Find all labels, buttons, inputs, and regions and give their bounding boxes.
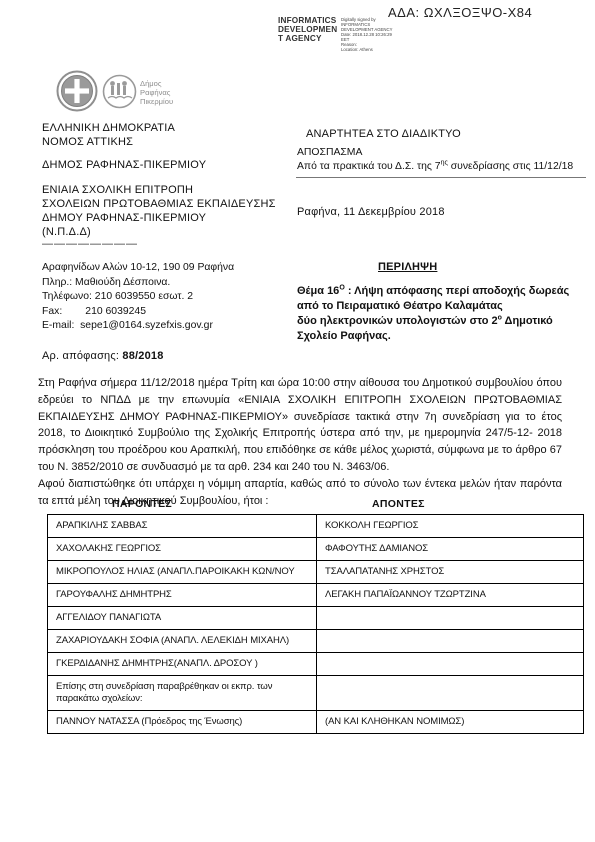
document-page: ΑΔΑ: ΩΧΛΞΟΞΨΟ-Χ84 INFORMATICS DEVELOPMEN…	[0, 0, 595, 842]
present-cell: ΖΑΧΑΡΙΟΥΔΑΚΗ ΣΟΦΙΑ (ΑΝΑΠΛ. ΛΕΛΕΚΙΔΗ ΜΙΧΑ…	[48, 630, 317, 653]
stamp-agency-line: DEVELOPMEN	[278, 25, 337, 34]
table-row: ΖΑΧΑΡΙΟΥΔΑΚΗ ΣΟΦΙΑ (ΑΝΑΠΛ. ΛΕΛΕΚΙΔΗ ΜΙΧΑ…	[48, 630, 584, 653]
summary-title: ΠΕΡΙΛΗΨΗ	[378, 261, 437, 273]
absent-cell	[317, 630, 584, 653]
email-value: sepe1@0164.syzefxis.gov.gr	[80, 320, 213, 331]
header-region: ΝΟΜΟΣ ΑΤΤΙΚΗΣ	[42, 136, 133, 148]
table-row: ΑΡΑΠΚΙΛΗΣ ΣΑΒΒΑΣ ΚΟΚΚΟΛΗ ΓΕΩΡΓΙΟΣ	[48, 515, 584, 538]
absent-cell	[317, 676, 584, 711]
extract-label: ΑΠΟΣΠΑΣΜΑ	[297, 147, 362, 158]
signature-line: Location: Athens	[341, 47, 393, 52]
subject-line-2: από το Πειραματικό Θέατρο Καλαμάτας	[297, 299, 503, 314]
extract-source-suffix: συνεδρίασης στις 11/12/18	[448, 161, 573, 172]
absent-cell: (ΑΝ ΚΑΙ ΚΛΗΘΗΚΑΝ ΝΟΜΙΜΩΣ)	[317, 711, 584, 734]
hellenic-emblem-icon	[56, 70, 98, 112]
table-row: ΠΑΝΝΟΥ ΝΑΤΑΣΣΑ (Πρόεδρος της Ένωσης) (ΑΝ…	[48, 711, 584, 734]
contact-phone: Τηλέφωνο: 210 6039550 εσωτ. 2	[42, 291, 193, 302]
subject-line3-prefix: δύο ηλεκτρονικών υπολογιστών στο 2	[297, 315, 498, 327]
absent-column-header: ΑΠΟΝΤΕΣ	[372, 498, 425, 510]
attendance-table: ΑΡΑΠΚΙΛΗΣ ΣΑΒΒΑΣ ΚΟΚΚΟΛΗ ΓΕΩΡΓΙΟΣ ΧΑΧΟΛΑ…	[47, 514, 584, 734]
municipality-text-line: Δήμος	[140, 79, 173, 88]
subject-prefix: Θέμα 16	[297, 285, 339, 297]
subject-line-3: δύο ηλεκτρονικών υπολογιστών στο 2ο Δημο…	[297, 314, 553, 329]
present-cell: ΧΑΧΟΛΑΚΗΣ ΓΕΩΡΓΙΟΣ	[48, 538, 317, 561]
present-cell: ΜΙΚΡΟΠΟΥΛΟΣ ΗΛΙΑΣ (ΑΝΑΠΛ.ΠΑΡΟΙΚΑΚΗ ΚΩΝ/Ν…	[48, 561, 317, 584]
table-row: ΑΓΓΕΛΙΔΟΥ ΠΑΝΑΓΙΩΤΑ	[48, 607, 584, 630]
publish-notice: ΑΝΑΡΤΗΤΕΑ ΣΤΟ ΔΙΑΔΙΚΤΥΟ	[306, 128, 461, 140]
decision-number: Αρ. απόφασης: 88/2018	[42, 350, 164, 362]
contact-fax: Fax: 210 6039245	[42, 306, 146, 317]
table-row: ΧΑΧΟΛΑΚΗΣ ΓΕΩΡΓΙΟΣ ΦΑΦΟΥΤΗΣ ΔΑΜΙΑΝΟΣ	[48, 538, 584, 561]
digital-signature-details: Digitally signed by INFORMATICS DEVELOPM…	[341, 17, 393, 52]
present-cell: ΠΑΝΝΟΥ ΝΑΤΑΣΣΑ (Πρόεδρος της Ένωσης)	[48, 711, 317, 734]
extract-source-prefix: Από τα πρακτικά του Δ.Σ. της 7	[297, 161, 441, 172]
extract-underline-rule	[296, 177, 586, 178]
stamp-agency-line: T AGENCY	[278, 34, 337, 43]
header-committee-line1: ΕΝΙΑΙΑ ΣΧΟΛΙΚΗ ΕΠΙΤΡΟΠΗ	[42, 184, 193, 196]
absent-cell: ΦΑΦΟΥΤΗΣ ΔΑΜΙΑΝΟΣ	[317, 538, 584, 561]
extract-source: Από τα πρακτικά του Δ.Σ. της 7ης συνεδρί…	[297, 161, 573, 172]
table-row: ΓΑΡΟΥΦΑΛΗΣ ΔΗΜΗΤΡΗΣ ΛΕΓΑΚΗ ΠΑΠΑΪΩΑΝΝΟΥ Τ…	[48, 584, 584, 607]
contact-address: Αραφηνίδων Αλών 10-12, 190 09 Ραφήνα	[42, 262, 234, 273]
subject-line-4: Σχολείο Ραφήνας.	[297, 329, 391, 344]
absent-cell: ΤΣΑΛΑΠΑΤΑΝΗΣ ΧΡΗΣΤΟΣ	[317, 561, 584, 584]
decision-number-value: 88/2018	[122, 350, 163, 362]
present-cell: ΓΑΡΟΥΦΑΛΗΣ ΔΗΜΗΤΡΗΣ	[48, 584, 317, 607]
municipality-text-line: Πικερμίου	[140, 97, 173, 106]
table-row: Επίσης στη συνεδρίαση παραβρέθηκαν οι εκ…	[48, 676, 584, 711]
body-text: Στη Ραφήνα σήμερα 11/12/2018 ημέρα Τρίτη…	[38, 375, 562, 509]
body-paragraph-1: Στη Ραφήνα σήμερα 11/12/2018 ημέρα Τρίτη…	[38, 375, 562, 476]
extract-source-superscript: ης	[441, 160, 448, 167]
header-republic: ΕΛΛΗΝΙΚΗ ΔΗΜΟΚΡΑΤΙΑ	[42, 122, 175, 134]
municipality-logo-text: Δήμος Ραφήνας Πικερμίου	[140, 79, 173, 107]
informatics-stamp-agency: INFORMATICS DEVELOPMEN T AGENCY	[278, 16, 337, 43]
present-cell: ΑΡΑΠΚΙΛΗΣ ΣΑΒΒΑΣ	[48, 515, 317, 538]
absent-cell: ΚΟΚΚΟΛΗ ΓΕΩΡΓΙΟΣ	[317, 515, 584, 538]
header-divider-dashes: ————————	[42, 238, 138, 250]
subject-line-1: Θέμα 16Ο : Λήψη απόφασης περί αποδοχής δ…	[297, 284, 569, 299]
decision-number-label: Αρ. απόφασης:	[42, 350, 122, 362]
header-committee-line2: ΣΧΟΛΕΙΩΝ ΠΡΩΤΟΒΑΘΜΙΑΣ ΕΚΠΑΙΔΕΥΣΗΣ	[42, 198, 276, 210]
stamp-agency-line: INFORMATICS	[278, 16, 337, 25]
contact-email: E-mail: sepe1@0164.syzefxis.gov.gr	[42, 320, 213, 331]
present-cell: Επίσης στη συνεδρίαση παραβρέθηκαν οι εκ…	[48, 676, 317, 711]
present-column-header: ΠΑΡΟΝΤΕΣ	[112, 498, 172, 510]
header-municipality: ΔΗΜΟΣ ΡΑΦΗΝΑΣ-ΠΙΚΕΡΜΙΟΥ	[42, 159, 206, 171]
table-row: ΜΙΚΡΟΠΟΥΛΟΣ ΗΛΙΑΣ (ΑΝΑΠΛ.ΠΑΡΟΙΚΑΚΗ ΚΩΝ/Ν…	[48, 561, 584, 584]
absent-cell	[317, 653, 584, 676]
header-committee-line3: ΔΗΜΟΥ ΡΑΦΗΝΑΣ-ΠΙΚΕΡΜΙΟΥ	[42, 212, 206, 224]
absent-cell	[317, 607, 584, 630]
municipality-text-line: Ραφήνας	[140, 88, 173, 97]
subject-rest: : Λήψη απόφασης περί αποδοχής δωρεάς	[345, 285, 570, 297]
present-cell: ΓΚΕΡΔΙΔΑΝΗΣ ΔΗΜΗΤΡΗΣ(ΑΝΑΠΛ. ΔΡΟΣΟΥ )	[48, 653, 317, 676]
table-row: ΓΚΕΡΔΙΔΑΝΗΣ ΔΗΜΗΤΡΗΣ(ΑΝΑΠΛ. ΔΡΟΣΟΥ )	[48, 653, 584, 676]
present-cell: ΑΓΓΕΛΙΔΟΥ ΠΑΝΑΓΙΩΤΑ	[48, 607, 317, 630]
contact-person: Πληρ.: Μαθιούδη Δέσποινα.	[42, 277, 170, 288]
header-npdd: (Ν.Π.Δ.Δ)	[42, 226, 91, 238]
place-date: Ραφήνα, 11 Δεκεμβρίου 2018	[297, 206, 445, 218]
absent-cell: ΛΕΓΑΚΗ ΠΑΠΑΪΩΑΝΝΟΥ ΤΖΩΡΤΖΙΝΑ	[317, 584, 584, 607]
subject-line3-suffix: Δημοτικό	[502, 315, 553, 327]
email-label: E-mail:	[42, 320, 80, 331]
ada-code: ΑΔΑ: ΩΧΛΞΟΞΨΟ-Χ84	[388, 5, 532, 20]
municipality-logo-icon	[102, 74, 137, 109]
